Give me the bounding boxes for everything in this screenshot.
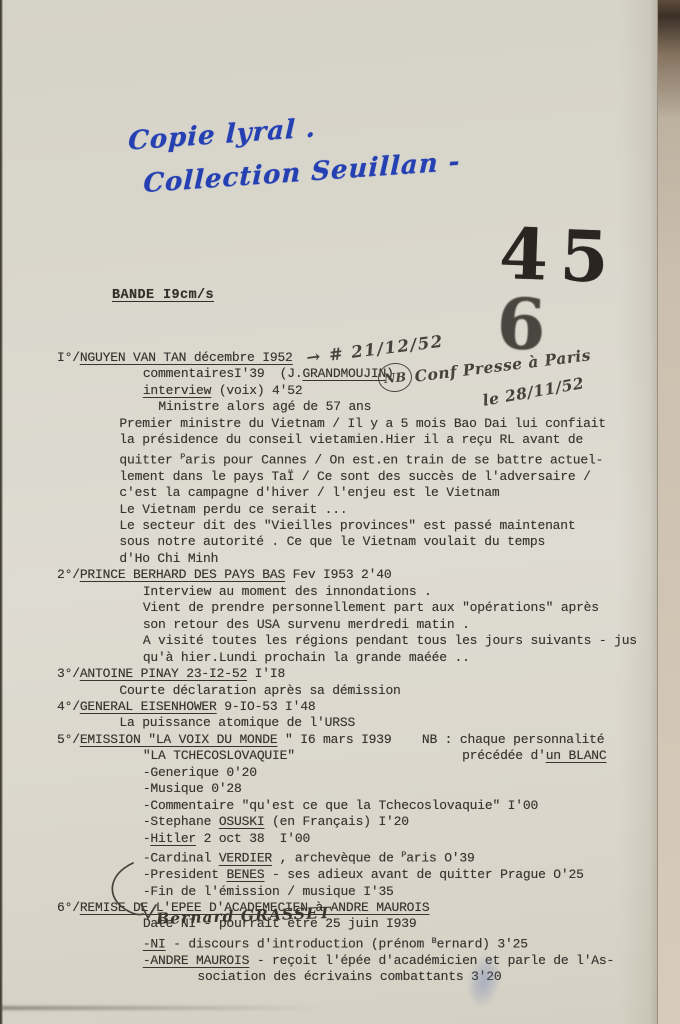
typed-line: lement dans le pays TaÏ / Ce sont des su… — [57, 469, 637, 485]
typed-line: -ANDRE MAUROIS - reçoit l'épée d'académi… — [57, 953, 637, 969]
typed-segment: ANTOINE PINAY 23-I2-52 — [80, 666, 247, 681]
band-title: BANDE I9cm/s — [112, 288, 214, 303]
typed-segment: 9-IO-53 I'48 — [217, 699, 316, 714]
typed-segment: aris pour Cannes / On est.en train de se… — [185, 452, 603, 467]
typed-segment: 4°/ — [57, 699, 80, 714]
typed-segment: GENERAL EISENHOWER — [80, 699, 217, 714]
typed-segment: - discours d'introduction (prénom — [166, 936, 432, 951]
typed-segment: interview — [143, 383, 211, 398]
typed-segment: un BLANC — [546, 748, 607, 763]
typed-line: -Commentaire "qu'est ce que la Tchecoslo… — [57, 798, 637, 814]
document-photo: Copie lyral . Collection Seuillan - 456 … — [0, 0, 680, 1024]
typed-line: Le Vietnam perdu ce serait ... — [57, 502, 637, 518]
typed-segment: ernard) 3'25 — [437, 936, 528, 951]
typed-segment: Le secteur dit des "Vieilles provinces" … — [119, 518, 575, 533]
typed-line: Courte déclaration après sa démission — [57, 683, 637, 699]
typed-segment: VERDIER — [219, 851, 272, 866]
typed-segment: 5°/ — [57, 732, 80, 747]
typed-line: son retour des USA survenu merdredi mati… — [57, 617, 637, 633]
typed-line: quitter Paris pour Cannes / On est.en tr… — [57, 449, 637, 469]
photo-left-edge — [0, 0, 3, 1024]
typed-segment: -Commentaire "qu'est ce que la Tchecoslo… — [143, 798, 538, 813]
typed-segment: Interview au moment des innondations . — [143, 584, 432, 599]
typed-segment: EMISSION "LA VOIX DU MONDE — [80, 732, 278, 747]
typed-segment: aris O'39 — [406, 851, 474, 866]
typed-segment: BENES — [226, 867, 264, 882]
typed-segment: 2 oct 38 I'00 — [196, 831, 310, 846]
typed-line: 4°/GENERAL EISENHOWER 9-IO-53 I'48 — [57, 699, 637, 715]
typed-segment: c'est la campagne d'hiver / l'enjeu est … — [119, 485, 499, 500]
typed-segment: son retour des USA survenu merdredi mati… — [143, 617, 470, 632]
typed-segment: (en Français) I'20 — [264, 814, 408, 829]
typed-line: "LA TCHECOSLOVAQUIE" précédée d'un BLANC — [57, 748, 637, 764]
typed-segment: La puissance atomique de l'URSS — [119, 715, 355, 730]
typed-segment: (voix) 4'52 — [211, 383, 302, 398]
typed-line: c'est la campagne d'hiver / l'enjeu est … — [57, 485, 637, 501]
typed-line: 5°/EMISSION "LA VOIX DU MONDE " I6 mars … — [57, 732, 637, 748]
typed-segment: qu'à hier.Lundi prochain la grande maéée… — [143, 650, 470, 665]
typed-line: La puissance atomique de l'URSS — [57, 715, 637, 731]
typed-line: Le secteur dit des "Vieilles provinces" … — [57, 518, 637, 534]
typed-segment: -Fin de l'émission / musique I'35 — [143, 884, 394, 899]
typed-segment: -Stephane — [143, 814, 219, 829]
typed-line: sociation des écrivains combattants 3'20 — [57, 969, 637, 985]
typed-line: -Stephane OSUSKI (en Français) I'20 — [57, 814, 637, 830]
typed-line: 2°/PRINCE BERHARD DES PAYS BAS Fev I953 … — [57, 567, 637, 583]
typed-line: qu'à hier.Lundi prochain la grande maéée… — [57, 650, 637, 666]
typed-text: I°/NGUYEN VAN TAN décembre I952commentai… — [57, 350, 637, 986]
typed-line: la présidence du conseil vietamien.Hier … — [57, 432, 637, 448]
typed-segment: -Generique 0'20 — [143, 765, 257, 780]
typed-segment: - ses adieux avant de quitter Prague O'2… — [264, 867, 583, 882]
typed-line: Interview au moment des innondations . — [57, 584, 637, 600]
typed-line: 3°/ANTOINE PINAY 23-I2-52 I'I8 — [57, 666, 637, 682]
typed-segment: -Cardinal — [143, 851, 219, 866]
typed-segment: -Musique 0'28 — [143, 781, 242, 796]
typed-line: -NI - discours d'introduction (prénom Be… — [57, 933, 637, 953]
typed-segment: -NI — [143, 936, 166, 951]
typed-segment: PRINCE BERHARD DES PAYS BAS — [80, 567, 285, 582]
typed-segment: Hitler — [150, 831, 196, 846]
typed-line: -Hitler 2 oct 38 I'00 — [57, 831, 637, 847]
typed-line: A visité toutes les régions pendant tous… — [57, 633, 637, 649]
typed-segment: Courte déclaration après sa démission — [119, 683, 400, 698]
typed-segment: 6°/ — [57, 900, 80, 915]
typed-line: d'Ho Chi Minh — [57, 551, 637, 567]
typed-segment: Ministre alors agé de 57 ans — [158, 399, 371, 414]
typed-line: -Musique 0'28 — [57, 781, 637, 797]
photo-bottom-edge — [0, 1006, 320, 1010]
typed-segment: 3°/ — [57, 666, 80, 681]
typed-line: sous notre autorité . Ce que le Vietnam … — [57, 534, 637, 550]
typed-line: Date NI - pourrait être 25 juin I939 — [57, 916, 637, 932]
archive-number-stamp: 456 — [496, 219, 680, 365]
typed-line: Ministre alors agé de 57 ans — [57, 399, 637, 415]
typed-segment: Vient de prendre personnellement part au… — [143, 600, 599, 615]
typed-line: -Cardinal VERDIER , archevèque de Paris … — [57, 847, 637, 867]
typed-segment: I'I8 — [247, 666, 285, 681]
typed-line: Vient de prendre personnellement part au… — [57, 600, 637, 616]
page-edge-strip — [657, 0, 680, 1024]
typed-segment: la présidence du conseil vietamien.Hier … — [119, 432, 583, 447]
typed-segment: NGUYEN VAN TAN décembre I952 — [80, 350, 293, 365]
typed-segment: , archevèque de — [272, 851, 401, 866]
stamp-digit: 4 — [498, 219, 561, 291]
typed-segment: quitter — [119, 452, 180, 467]
typed-line: Premier ministre du Vietnam / Il y a 5 m… — [57, 416, 637, 432]
typed-segment: A visité toutes les régions pendant tous… — [143, 633, 637, 648]
typed-segment: - reçoit l'épée d'académicien et parle d… — [249, 953, 614, 968]
stamp-digit: 5 — [559, 221, 622, 293]
typed-line: 6°/REMISE DE L'EPEE D'ACADEMECIEN à ANDR… — [57, 900, 637, 916]
typed-line: -President BENES - ses adieux avant de q… — [57, 867, 637, 883]
typed-segment: GRANDMOUJIN — [302, 366, 386, 381]
typed-segment: " I6 mars I939 NB : chaque personnalité — [277, 732, 604, 747]
typed-segment: -President — [143, 867, 227, 882]
typed-segment: sous notre autorité . Ce que le Vietnam … — [119, 534, 545, 549]
typed-line: -Generique 0'20 — [57, 765, 637, 781]
typed-segment: Premier ministre du Vietnam / Il y a 5 m… — [119, 416, 605, 431]
typed-segment: commentairesI'39 (J. — [143, 366, 303, 381]
typed-segment: lement dans le pays TaÏ / Ce sont des su… — [119, 469, 590, 484]
typed-segment: sociation des écrivains combattants 3'20 — [197, 969, 501, 984]
typed-line: -Fin de l'émission / musique I'35 — [57, 884, 637, 900]
typed-segment: OSUSKI — [219, 814, 265, 829]
typed-segment: d'Ho Chi Minh — [119, 551, 218, 566]
typed-segment: 2°/ — [57, 567, 80, 582]
typed-segment: Fev I953 2'40 — [285, 567, 391, 582]
typed-segment: "LA TCHECOSLOVAQUIE" précédée d' — [143, 748, 546, 763]
typed-segment: Le Vietnam perdu ce serait ... — [119, 502, 347, 517]
typed-segment: -ANDRE MAUROIS — [143, 953, 249, 968]
typed-segment: I°/ — [57, 350, 80, 365]
